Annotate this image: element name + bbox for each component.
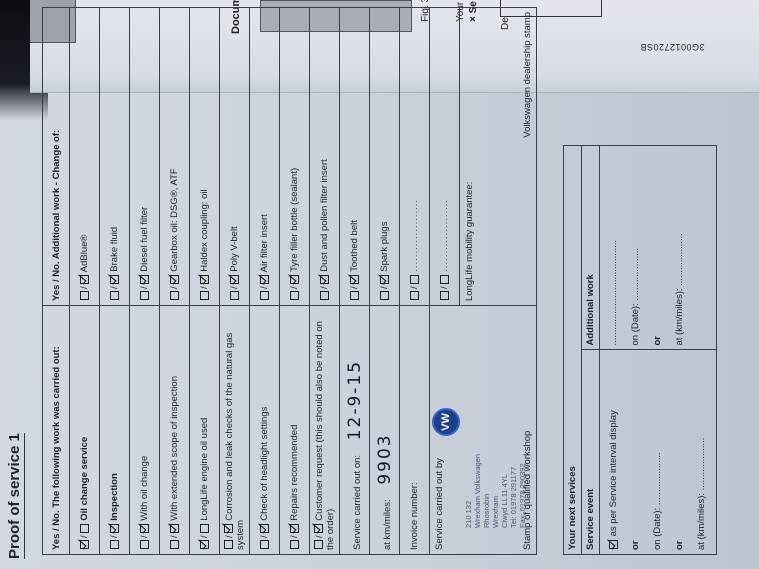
service-date-value[interactable]: 12-9-15 xyxy=(345,360,365,440)
header-work-carried-out: Yes / No. The following work was carried… xyxy=(43,306,70,555)
longlife-guarantee-label: LongLife mobility guarantee: xyxy=(464,182,475,301)
yes-checkbox[interactable] xyxy=(290,291,299,300)
service-work-table: Yes / No. The following work was carried… xyxy=(42,7,537,555)
additional-work-item-label: Brake fluid xyxy=(109,227,120,275)
yes-checkbox[interactable] xyxy=(140,291,149,300)
stamp-line: Rhosrobin xyxy=(482,454,491,528)
table-row: / With extended scope of inspection/ Gea… xyxy=(160,8,190,555)
yes-checkbox[interactable] xyxy=(140,540,149,549)
header-additional-work: Yes / No. Additional work - Change of: xyxy=(43,8,70,306)
stamp-cell: Service carried out by VW 210 132Wrexham… xyxy=(430,306,537,555)
additional-work-item-label: Gearbox oil: DSG®, ATF xyxy=(169,168,180,274)
service-event-line: or xyxy=(669,355,691,551)
mileage-cell: at km/miles: 9903 xyxy=(370,306,400,555)
yes-checkbox[interactable] xyxy=(260,540,269,549)
no-checkbox[interactable] xyxy=(350,275,359,284)
mileage-value[interactable]: 9903 xyxy=(375,433,395,484)
work-item-label: With extended scope of inspection xyxy=(169,376,180,523)
yes-checkbox[interactable] xyxy=(410,291,419,300)
yes-no-separator: / xyxy=(224,535,235,538)
additional-work-line[interactable]: ........................................ xyxy=(603,150,625,346)
yes-checkbox[interactable] xyxy=(200,540,209,549)
no-checkbox[interactable] xyxy=(290,275,299,284)
yes-checkbox[interactable] xyxy=(230,291,239,300)
no-checkbox[interactable] xyxy=(170,275,179,284)
work-item-cell: / Customer request (this should also be … xyxy=(310,306,340,555)
workshop-stamp: 210 132Wrexham VolkswagenRhosrobinWrexha… xyxy=(464,454,527,528)
no-checkbox[interactable] xyxy=(314,524,323,533)
additional-work-item-cell: / Tyre filler bottle (sealant) xyxy=(280,8,310,306)
work-item-cell: / Check of headlight settings xyxy=(250,306,280,555)
additional-work-item-label: Air filter insert xyxy=(259,214,270,274)
work-item-cell: / Corrosion and leak checks of the natur… xyxy=(220,306,250,555)
additional-work-item-label: AdBlue® xyxy=(79,235,90,275)
stamp-line: Wrexham Volkswagen xyxy=(473,454,482,528)
yes-no-separator: / xyxy=(169,286,180,289)
additional-work-item-cell: / Gearbox oil: DSG®, ATF xyxy=(160,8,190,306)
invoice-label: Invoice number: xyxy=(409,482,420,550)
service-date-cell: Service carried out on: 12-9-15 xyxy=(340,306,370,555)
no-checkbox[interactable] xyxy=(170,524,179,533)
work-item-cell: / Repairs recommended xyxy=(280,306,310,555)
no-checkbox[interactable] xyxy=(260,275,269,284)
yes-checkbox[interactable] xyxy=(290,540,299,549)
table-row: / LongLife engine oil used/ Haldex coupl… xyxy=(190,8,220,555)
yes-no-separator: / xyxy=(169,535,180,538)
yes-checkbox[interactable] xyxy=(350,291,359,300)
no-checkbox[interactable] xyxy=(290,524,299,533)
additional-work-item-cell: / Diesel fuel filter xyxy=(130,8,160,306)
dealership-stamp-label: Volkswagen dealership stamp xyxy=(522,12,533,138)
additional-work-line[interactable]: at (km/miles): .................... xyxy=(669,150,691,346)
no-checkbox[interactable] xyxy=(320,275,329,284)
stamp-line: 210 132 xyxy=(464,454,473,528)
yes-no-separator: / xyxy=(199,535,210,538)
work-item-label: With oil change xyxy=(139,456,150,524)
yes-no-separator: / xyxy=(139,535,150,538)
no-checkbox[interactable] xyxy=(200,275,209,284)
yes-checkbox[interactable] xyxy=(200,291,209,300)
yes-no-separator: / xyxy=(79,286,90,289)
yes-no-separator: / xyxy=(259,535,270,538)
yes-checkbox[interactable] xyxy=(314,540,323,549)
service-interval-checkbox[interactable] xyxy=(609,540,618,549)
no-checkbox[interactable] xyxy=(140,275,149,284)
additional-work-item-label: Tyre filler bottle (sealant) xyxy=(289,168,300,274)
table-row: / Customer request (this should also be … xyxy=(310,8,340,555)
work-item-label: Repairs recommended xyxy=(289,425,300,524)
no-checkbox[interactable] xyxy=(110,524,119,533)
no-checkbox[interactable] xyxy=(230,275,239,284)
no-checkbox[interactable] xyxy=(410,275,419,284)
no-checkbox[interactable] xyxy=(140,524,149,533)
yes-no-separator: / xyxy=(289,286,300,289)
vw-logo-icon: VW xyxy=(432,408,460,436)
additional-work-item-cell: / Poly V-belt xyxy=(220,8,250,306)
work-item-label: LongLife engine oil used xyxy=(199,418,210,524)
table-row: / Repairs recommended/ Tyre filler bottl… xyxy=(280,8,310,555)
yes-no-separator: / xyxy=(199,286,210,289)
additional-work-item-label: Dust and pollen filter insert xyxy=(319,159,330,274)
yes-no-separator: / xyxy=(109,286,120,289)
additional-work-item-cell: / Dust and pollen filter insert xyxy=(310,8,340,306)
yes-checkbox[interactable] xyxy=(224,540,233,549)
yes-checkbox[interactable] xyxy=(440,291,449,300)
yes-checkbox[interactable] xyxy=(380,291,389,300)
no-checkbox[interactable] xyxy=(440,275,449,284)
stamp-line: Clwyd LL11 4YL xyxy=(500,454,509,528)
no-checkbox[interactable] xyxy=(110,275,119,284)
additional-work-item-label: Haldex coupling: oil xyxy=(199,189,210,274)
yes-checkbox[interactable] xyxy=(110,540,119,549)
yes-no-separator: / xyxy=(314,535,325,538)
proof-of-service-page: Proof of service 1 Yes / No. The followi… xyxy=(0,0,759,569)
work-item-label: Corrosion and leak checks of the natural… xyxy=(224,333,246,550)
work-item-label: Oil change service xyxy=(79,437,90,524)
service-date-label: Service carried out on: xyxy=(352,455,363,550)
mileage-label: at km/miles: xyxy=(382,499,393,550)
table-row: / With oil change/ Diesel fuel filter xyxy=(130,8,160,555)
yes-no-separator: / xyxy=(139,286,150,289)
stamp-line: Wrexham xyxy=(491,454,500,528)
yes-checkbox[interactable] xyxy=(110,291,119,300)
no-checkbox[interactable] xyxy=(260,524,269,533)
service-event-line[interactable]: on (Date): .................... xyxy=(647,355,669,551)
yes-checkbox[interactable] xyxy=(320,291,329,300)
no-checkbox[interactable] xyxy=(200,524,209,533)
blank-item-field[interactable]: .................... xyxy=(439,199,450,272)
dealership-stamp-cell: LongLife mobility guarantee: Volkswagen … xyxy=(460,8,537,306)
additional-work-item-cell: / AdBlue® xyxy=(70,8,100,306)
work-item-cell: / Oil change service xyxy=(70,306,100,555)
invoice-cell: Invoice number: xyxy=(400,306,430,555)
service-event-header: Service event xyxy=(582,350,600,555)
yes-no-separator: / xyxy=(259,286,270,289)
additional-work-item-label: Poly V-belt xyxy=(229,226,240,274)
yes-no-separator: / xyxy=(79,535,90,538)
yes-no-separator: / xyxy=(229,286,240,289)
page-title: Proof of service 1 xyxy=(6,433,25,559)
additional-work-item-cell: / Brake fluid xyxy=(100,8,130,306)
yes-checkbox[interactable] xyxy=(170,291,179,300)
no-checkbox[interactable] xyxy=(80,275,89,284)
stamp-label: Stamp of qualified workshop xyxy=(522,431,533,550)
blank-item-field[interactable]: .................... xyxy=(409,199,420,272)
work-item-label: Check of headlight settings xyxy=(259,407,270,524)
stamp-line: Tel: 01978 291177 xyxy=(509,454,518,528)
blank-item-cell-2: / .................... xyxy=(430,8,460,306)
additional-work-line[interactable]: on (Date): .................... xyxy=(625,150,647,346)
carried-out-by-label: Service carried out by xyxy=(434,458,445,550)
spark-plugs-label: Spark plugs xyxy=(379,222,390,272)
blank-item-cell-1: / .................... xyxy=(400,8,430,306)
yes-no-separator: / xyxy=(109,535,120,538)
yes-checkbox[interactable] xyxy=(80,291,89,300)
table-row: / Oil change service/ AdBlue® xyxy=(70,8,100,555)
no-checkbox[interactable] xyxy=(380,275,389,284)
yes-checkbox[interactable] xyxy=(260,291,269,300)
additional-work-cell: ........................................… xyxy=(600,146,717,351)
toothed-belt-label: Toothed belt xyxy=(349,220,360,272)
no-checkbox[interactable] xyxy=(224,524,233,533)
table-row: / Corrosion and leak checks of the natur… xyxy=(220,8,250,555)
additional-work-line: or xyxy=(647,150,669,346)
service-event-line: as per Service interval display xyxy=(603,355,625,551)
spark-plugs-cell: / Spark plugs xyxy=(370,8,400,306)
additional-work-item-label: Diesel fuel filter xyxy=(139,207,150,275)
work-item-cell: / Inspection xyxy=(100,306,130,555)
additional-work-item-cell: / Air filter insert xyxy=(250,8,280,306)
service-event-cell: as per Service interval displayoron (Dat… xyxy=(600,350,717,555)
yes-no-separator: / xyxy=(319,286,330,289)
service-event-line: or xyxy=(625,355,647,551)
yes-checkbox[interactable] xyxy=(80,540,89,549)
table-row: / Check of headlight settings/ Air filte… xyxy=(250,8,280,555)
service-event-line[interactable]: at (km/miles): .................... xyxy=(691,355,713,551)
work-item-label: Customer request (this should also be no… xyxy=(314,321,336,550)
work-item-cell: / With extended scope of inspection xyxy=(160,306,190,555)
yes-no-separator: / xyxy=(289,535,300,538)
additional-work-header: Additional work xyxy=(582,146,600,351)
yes-checkbox[interactable] xyxy=(170,540,179,549)
additional-work-item-cell: / Haldex coupling: oil xyxy=(190,8,220,306)
work-item-cell: / LongLife engine oil used xyxy=(190,306,220,555)
work-item-label: Inspection xyxy=(109,473,120,523)
work-item-cell: / With oil change xyxy=(130,306,160,555)
toothed-belt-cell: / Toothed belt xyxy=(340,8,370,306)
next-services-table: Your next services Service event Additio… xyxy=(563,145,717,555)
next-services-title: Your next services xyxy=(564,146,582,555)
table-row: / Inspection/ Brake fluid xyxy=(100,8,130,555)
no-checkbox[interactable] xyxy=(80,524,89,533)
